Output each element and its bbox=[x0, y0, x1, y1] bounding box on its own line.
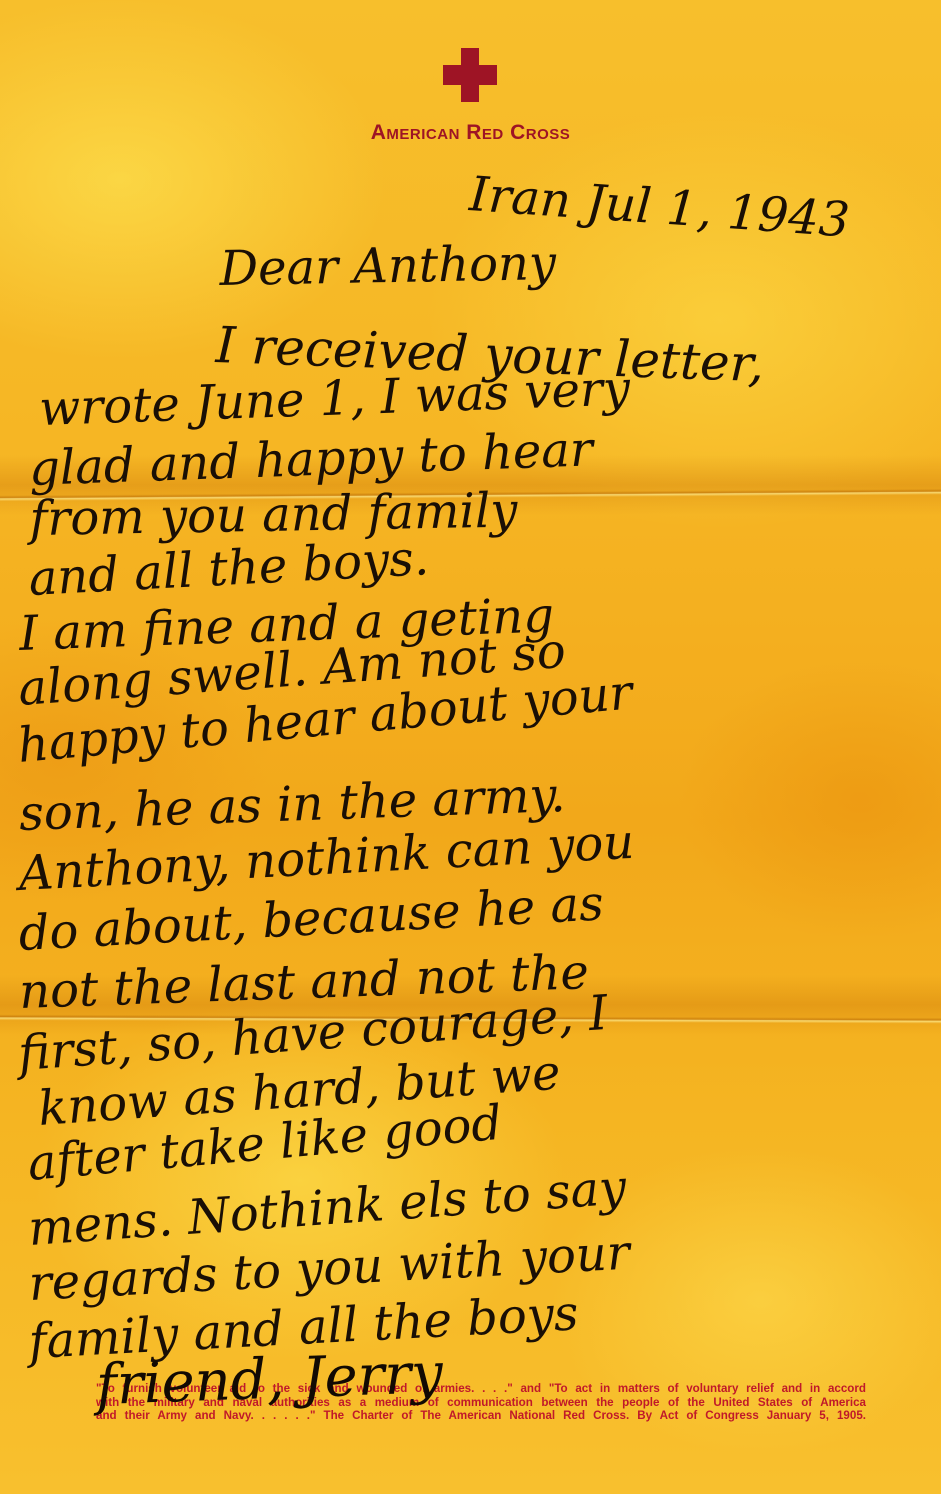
letter-line: from you and family bbox=[29, 486, 518, 543]
signature: friend, Jerry bbox=[95, 1346, 444, 1414]
red-cross-icon bbox=[443, 48, 497, 102]
letterhead-title: American Red Cross bbox=[0, 121, 941, 145]
salutation: Dear Anthony bbox=[219, 239, 556, 293]
place-date: Iran Jul 1, 1943 bbox=[468, 170, 851, 244]
letter-page: American Red Cross Iran Jul 1, 1943 Dear… bbox=[0, 0, 941, 1494]
